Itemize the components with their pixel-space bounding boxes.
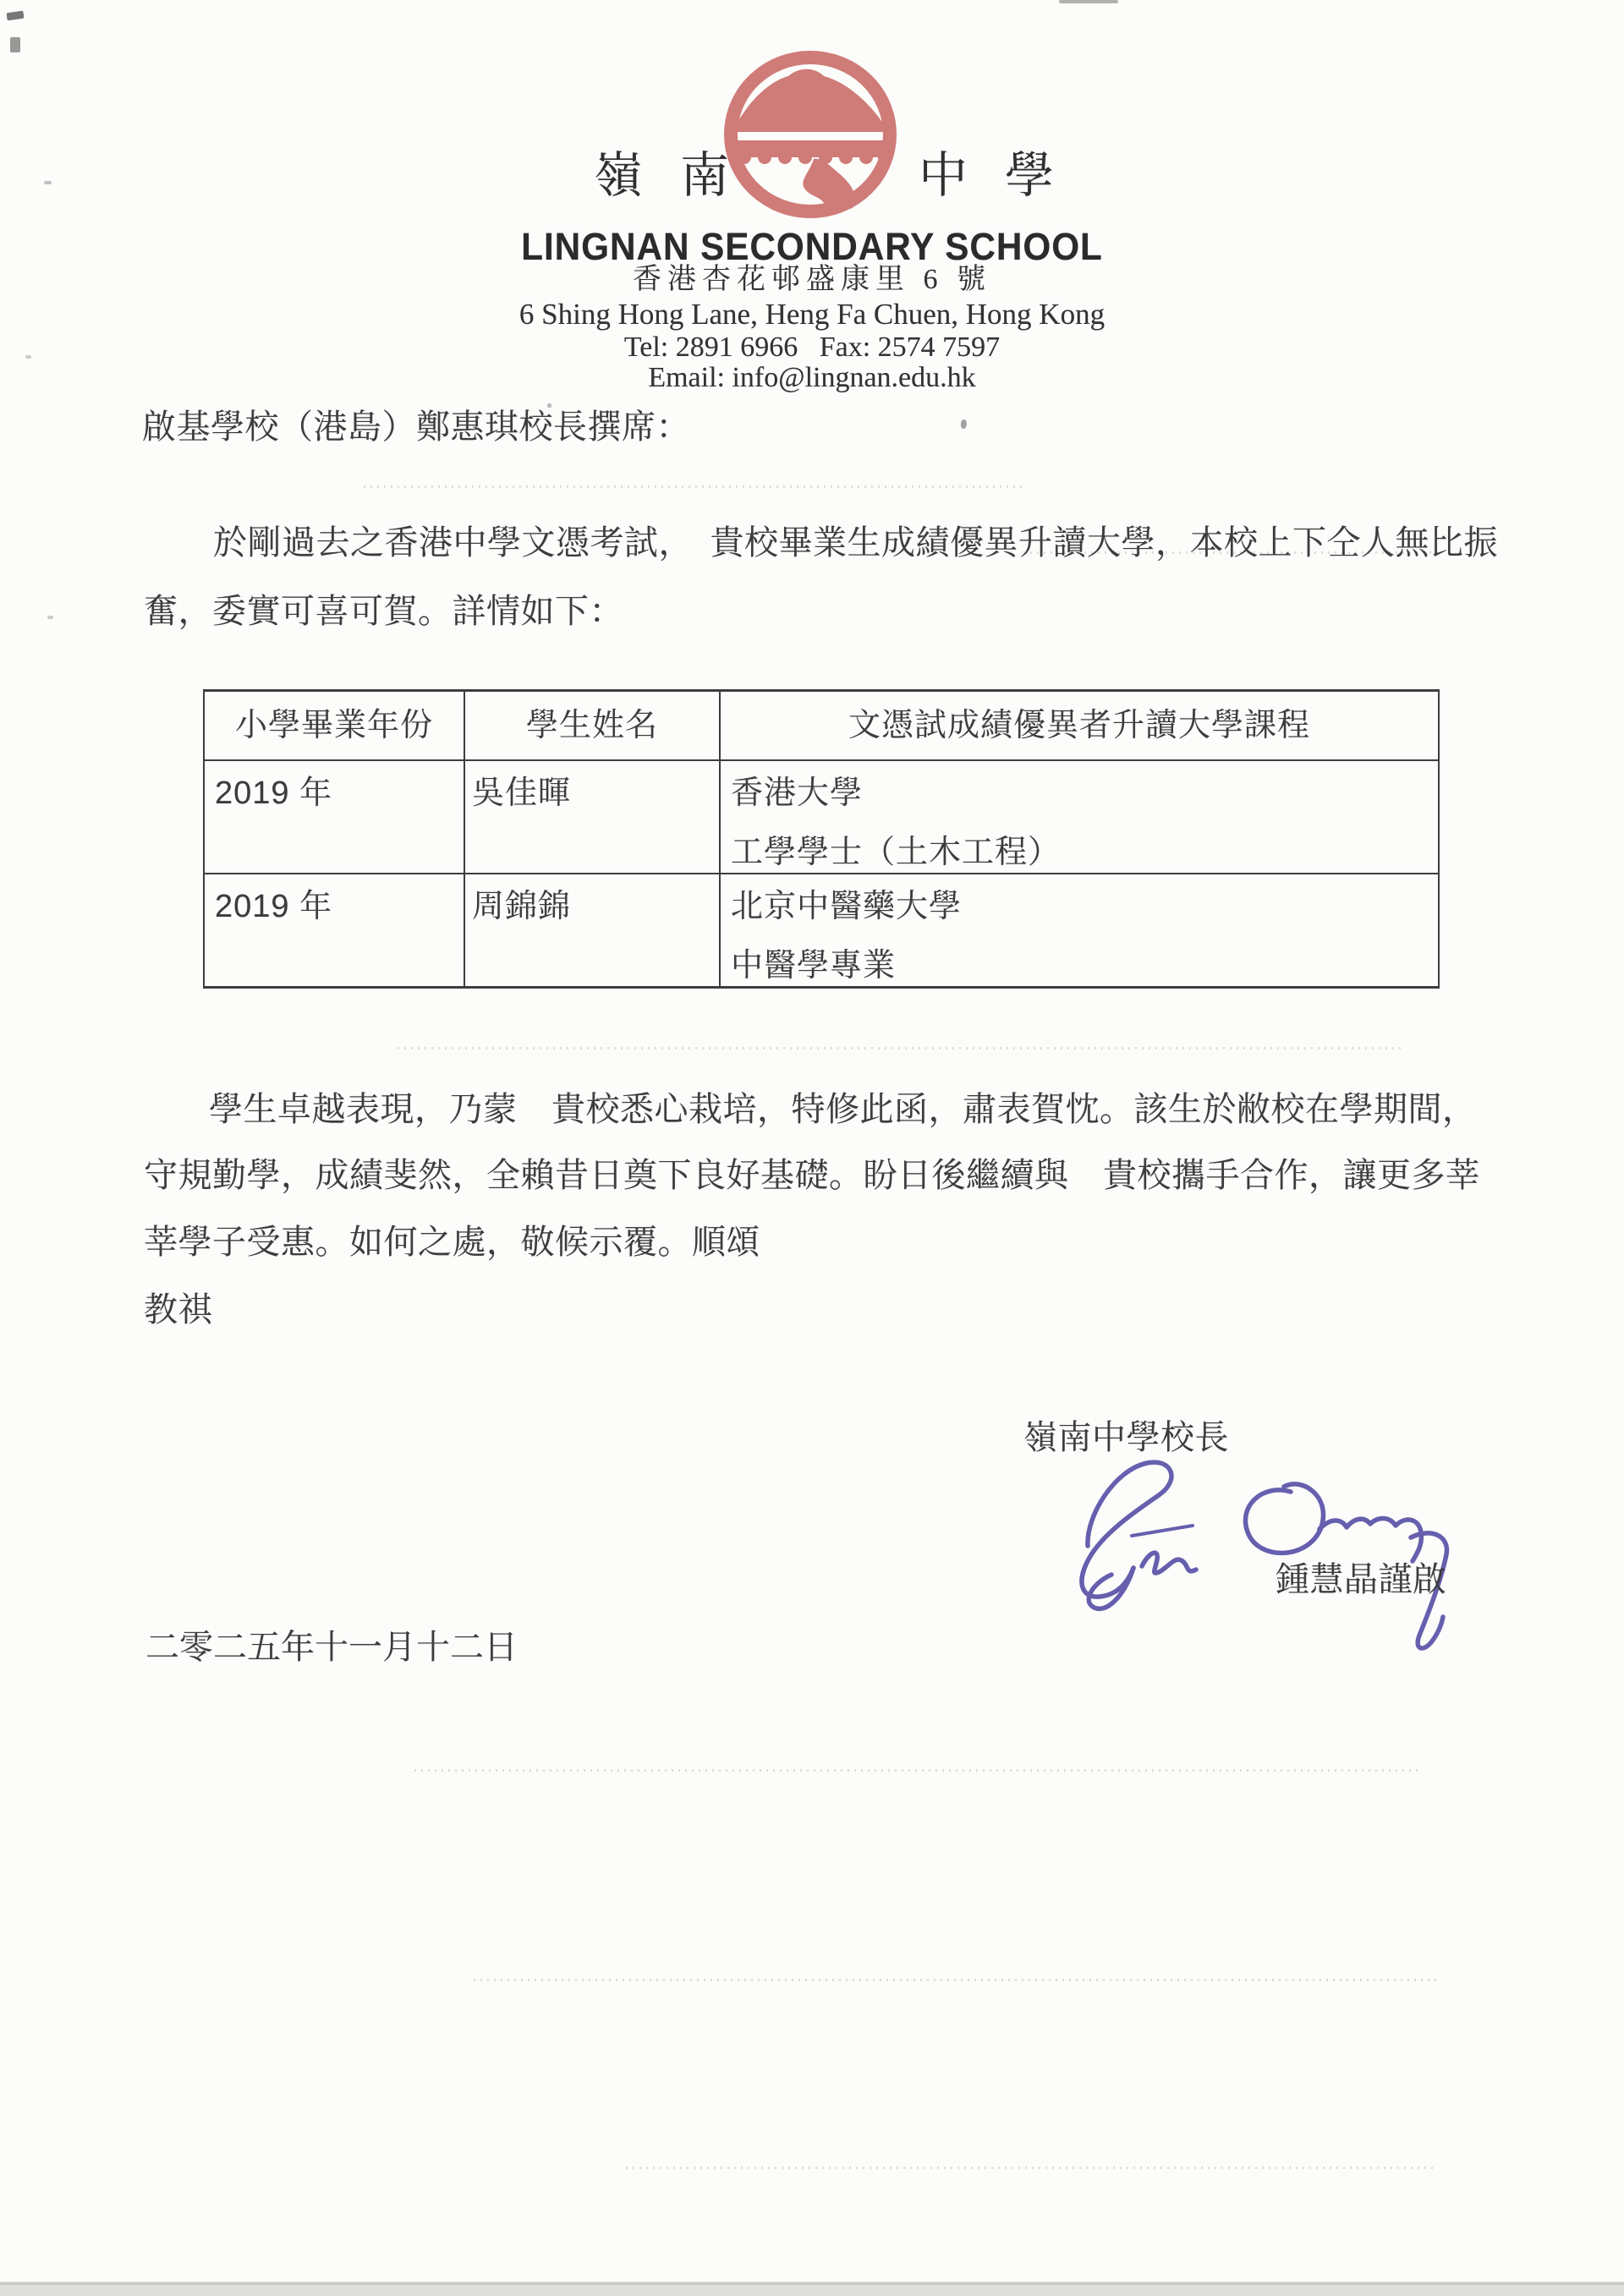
school-logo <box>724 51 897 218</box>
row2-student: 周錦錦 <box>472 890 571 925</box>
scan-speck <box>547 403 551 408</box>
paragraph2-line1: 學生卓越表現，乃蒙 貴校悉心栽培，特修此函，肅表賀忱。該生於敝校在學期間， <box>209 1091 1477 1128</box>
school-name-zh-right: 中學 <box>919 149 1091 203</box>
salutation: 啟基學校（港島）鄭惠琪校長撰席： <box>142 408 690 446</box>
scan-noise-line <box>626 2167 1438 2169</box>
scan-speck <box>1059 0 1118 3</box>
signature-ink <box>1040 1438 1514 1666</box>
scanner-edge-line <box>0 2282 1624 2285</box>
scan-speck <box>961 419 967 429</box>
scan-speck <box>10 37 20 52</box>
scan-speck <box>44 181 52 184</box>
letter-date: 二零二五年十一月十二日 <box>145 1629 518 1666</box>
row1-year: 2019 年 <box>215 776 332 812</box>
paragraph2-line2: 守規勤學，成績斐然，全賴昔日奠下良好基礎。盼日後繼續與 貴校攜手合作，讓更多莘 <box>144 1157 1480 1194</box>
table-header-student: 學生姓名 <box>464 709 721 744</box>
scan-speck <box>25 355 31 359</box>
scan-noise-line <box>474 1979 1438 1981</box>
signer-name: 鍾慧晶謹啟 <box>1276 1561 1447 1598</box>
tel-fax-line: Tel: 2891 6966 Fax: 2574 7597 <box>0 332 1624 364</box>
table-border-top <box>203 689 1440 692</box>
scan-noise-line <box>364 485 1023 488</box>
scan-noise-line <box>414 1769 1421 1772</box>
table-header-programme: 文憑試成績優異者升讀大學課程 <box>719 709 1440 744</box>
paragraph2-line4: 教祺 <box>144 1291 212 1329</box>
row1-student: 吳佳暉 <box>472 776 571 812</box>
table-rule-after-row1 <box>203 873 1440 874</box>
scan-speck <box>6 11 24 21</box>
row2-degree: 中醫學專業 <box>731 949 896 984</box>
table-border-bottom <box>203 986 1440 989</box>
scan-noise-line <box>1023 551 1438 554</box>
address-en: 6 Shing Hong Lane, Heng Fa Chuen, Hong K… <box>0 298 1624 332</box>
row2-year: 2019 年 <box>215 890 332 925</box>
row1-university: 香港大學 <box>731 776 863 812</box>
table-rule-after-header <box>203 759 1440 761</box>
table-header-year: 小學畢業年份 <box>203 709 465 744</box>
paragraph1-line1: 於剛過去之香港中學文憑考試， 貴校畢業生成績優異升讀大學，本校上下仝人無比振 <box>213 524 1498 562</box>
letter-page: 嶺南 中學 LINGNAN SECONDARY SCHOOL 香港杏花邨盛康里 … <box>0 0 1624 2296</box>
scan-noise-line <box>398 1047 1404 1049</box>
paragraph2-line3: 莘學子受惠。如何之處，敬候示覆。順頌 <box>144 1224 760 1261</box>
address-zh: 香港杏花邨盛康里 6 號 <box>0 264 1624 295</box>
school-name-en: LINGNAN SECONDARY SCHOOL <box>49 225 1576 269</box>
paragraph1-line2: 奮，委實可喜可賀。詳情如下： <box>144 593 623 630</box>
scan-speck <box>47 616 53 619</box>
row2-university: 北京中醫藥大學 <box>731 890 962 925</box>
email-line: Email: info@lingnan.edu.hk <box>0 362 1624 394</box>
row1-degree: 工學學士（土木工程） <box>731 836 1061 871</box>
